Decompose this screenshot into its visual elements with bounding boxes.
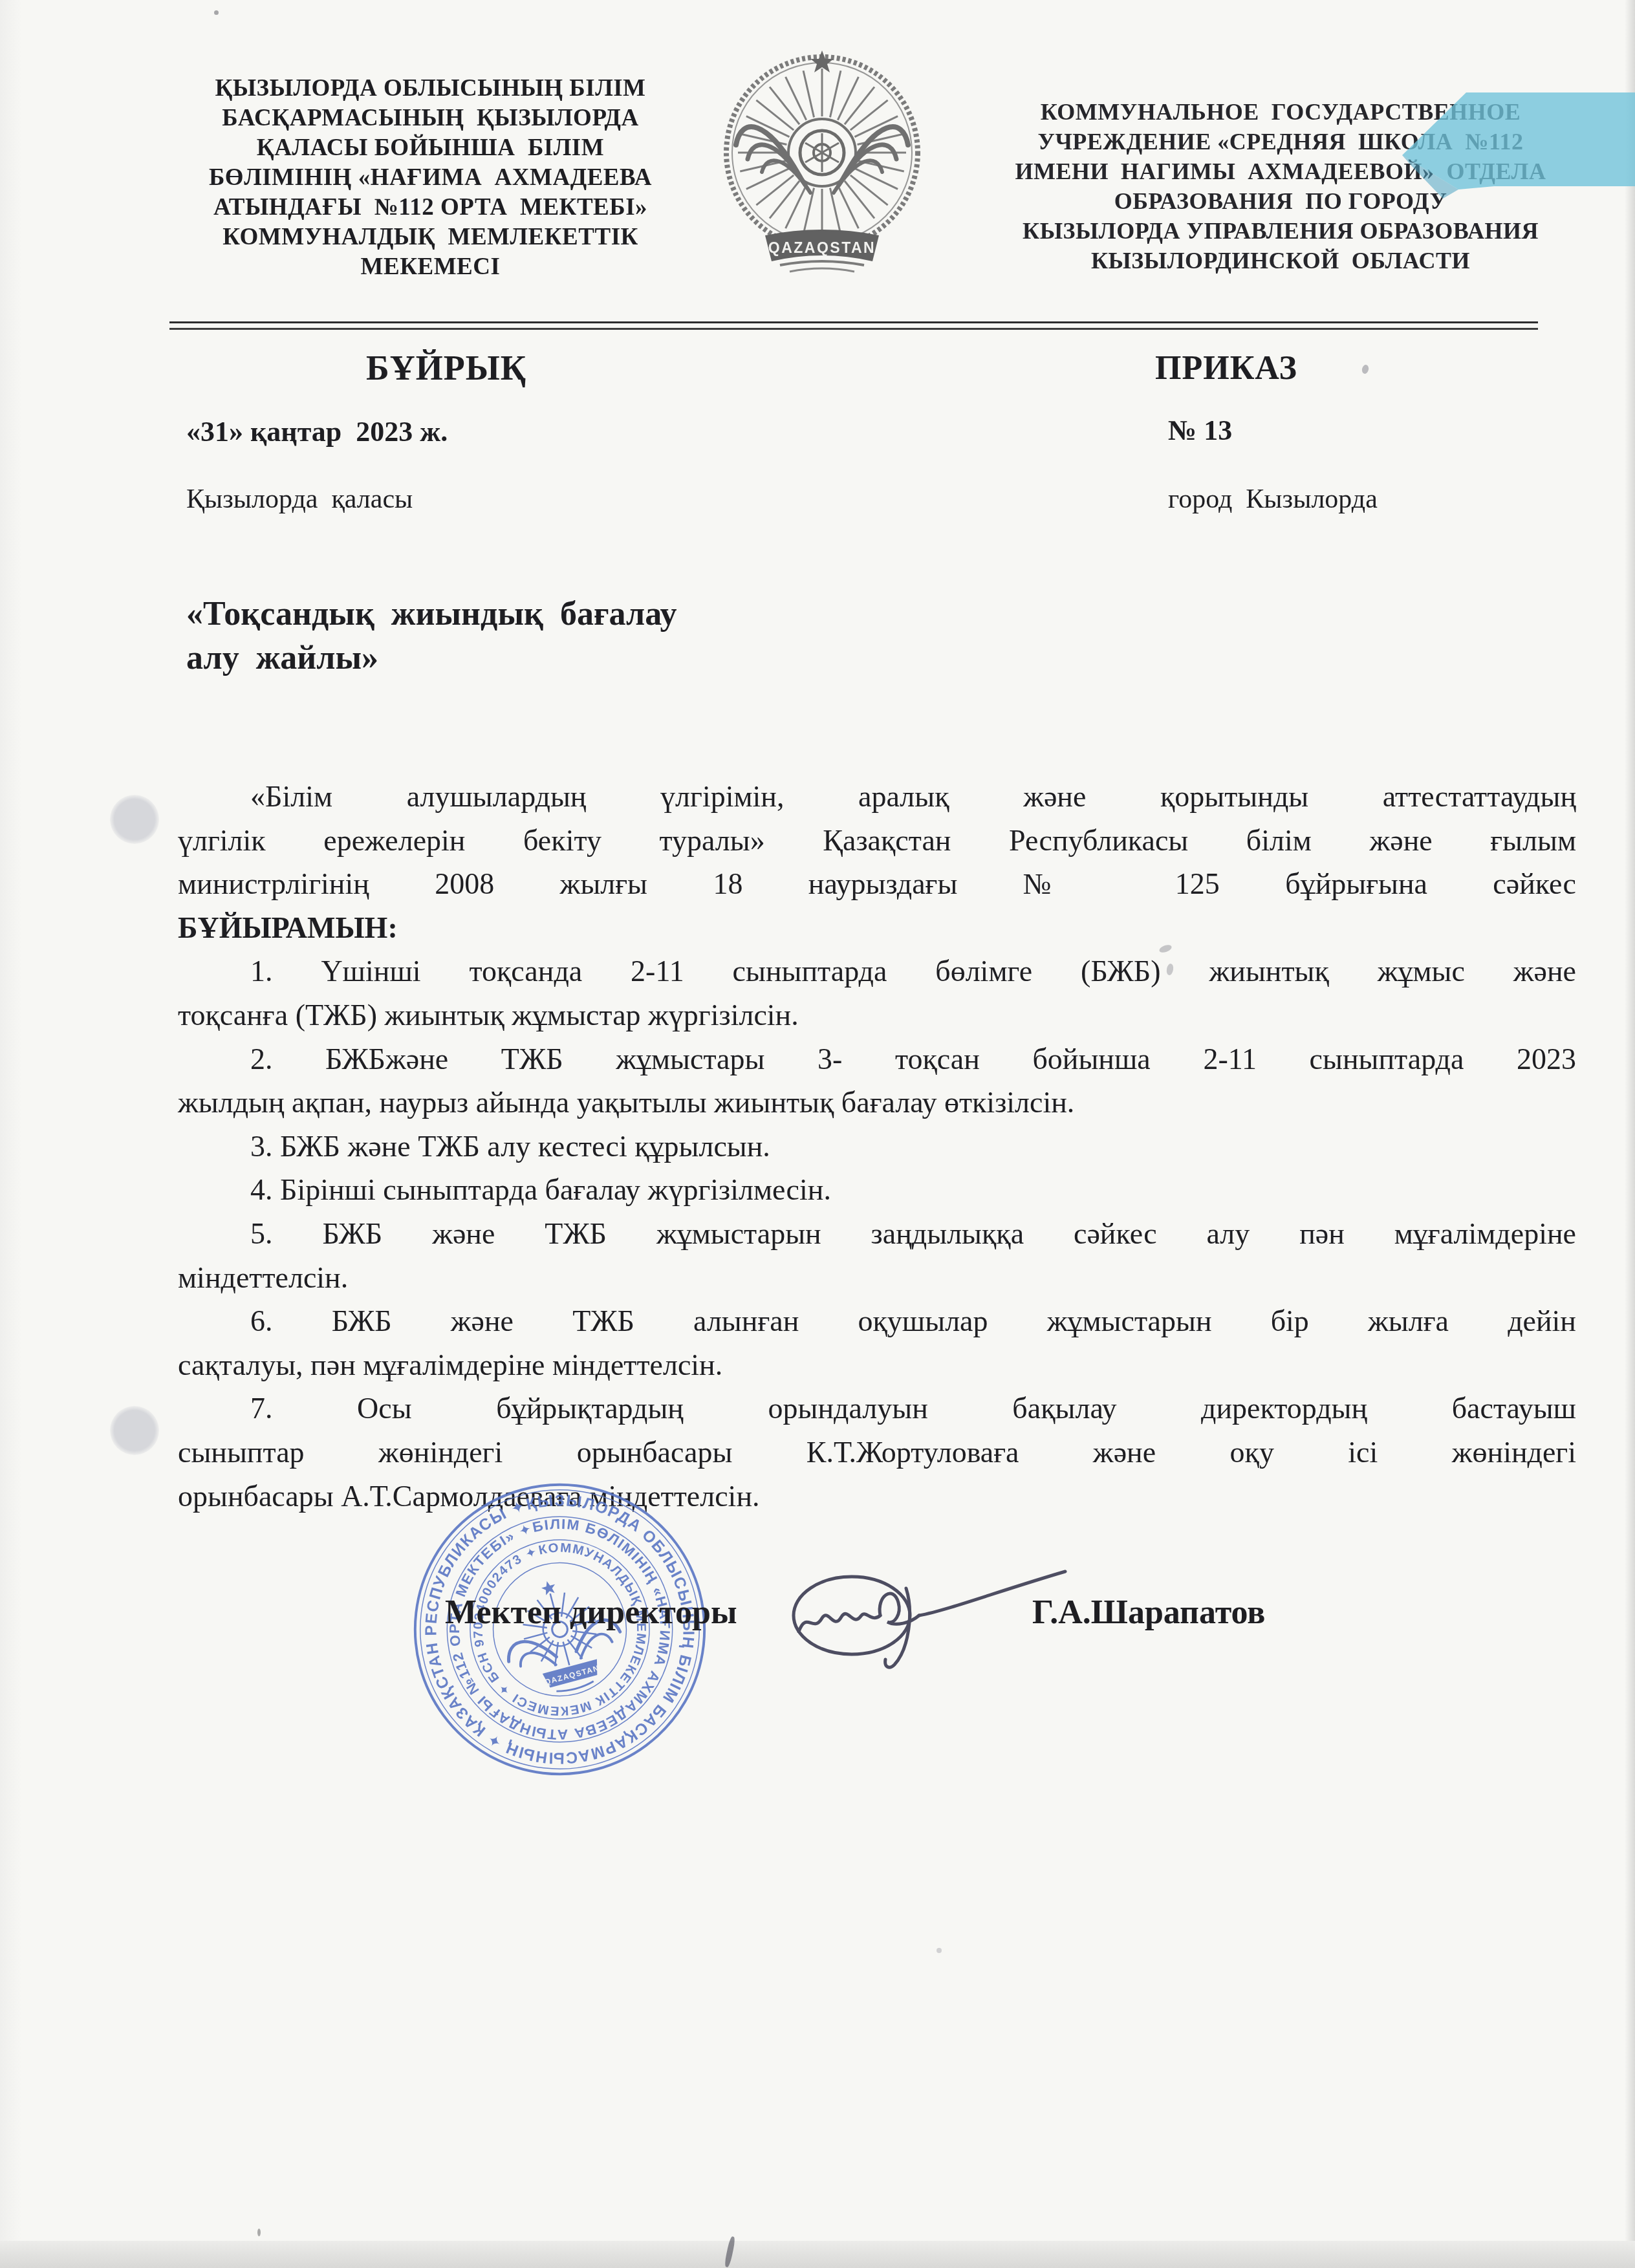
blue-sticky-flag — [1387, 81, 1635, 207]
stamp-center-emblem — [491, 1566, 631, 1703]
order-subject: «Тоқсандық жиындық бағалау алу жайлы» — [186, 592, 677, 680]
org-name-kk-line: АТЫНДАҒЫ №112 ОРТА МЕКТЕБІ» — [173, 193, 688, 222]
body-line: орынбасары А.Т.Сармолдаеваға міндеттелсі… — [178, 1474, 1576, 1518]
body-line: 2. БЖБжәне ТЖБ жұмыстары 3- тоқсан бойын… — [178, 1037, 1576, 1081]
punch-hole — [110, 1406, 159, 1455]
body-line: 7. Осы бұйрықтардың орындалуын бақылау д… — [178, 1387, 1576, 1431]
org-name-kk-line: БАСҚАРМАСЫНЫҢ ҚЫЗЫЛОРДА — [173, 103, 688, 133]
header-rule-top — [169, 321, 1538, 323]
body-line: 4. Бірінші сыныптарда бағалау жүргізілме… — [178, 1168, 1576, 1212]
body-line: 5. БЖБ және ТЖБ жұмыстарын заңдылыққа сә… — [178, 1212, 1576, 1256]
body-line: міндеттелсін. — [178, 1256, 1576, 1300]
org-name-kk-line: МЕКЕМЕСІ — [173, 252, 688, 282]
body-line: сыныптар жөніндегі орынбасары К.Т.Жортул… — [178, 1431, 1576, 1474]
org-name-kk-line: БӨЛІМІНІҢ «НАҒИМА АХМАДЕЕВА — [173, 163, 688, 193]
order-date: «31» қаңтар 2023 ж. — [186, 415, 448, 448]
scan-speck — [937, 1948, 942, 1953]
org-name-ru-line: КЫЗЫЛОРДИНСКОЙ ОБЛАСТИ — [949, 246, 1612, 275]
body-line: «Білім алушылардың үлгірімін, аралық жән… — [178, 775, 1576, 819]
body-line: 6. БЖБ және ТЖБ алынған оқушылар жұмыста… — [178, 1299, 1576, 1343]
org-name-kk-line: ҚАЛАСЫ БОЙЫНША БІЛІМ — [173, 133, 688, 163]
scanned-order-document: ҚЫЗЫЛОРДА ОБЛЫСЫНЫҢ БІЛІМ БАСҚАРМАСЫНЫҢ … — [0, 0, 1635, 2268]
body-line: министрлігінің 2008 жылғы 18 наурыздағы … — [178, 862, 1576, 906]
scan-bottom-edge — [0, 2241, 1635, 2268]
order-title-kk: БҰЙРЫҚ — [184, 348, 708, 388]
kazakhstan-coat-of-arms-icon: QAZAQSTAN — [722, 41, 922, 287]
signature-role: Мектеп директоры — [445, 1593, 737, 1632]
emblem-banner-label: QAZAQSTAN — [768, 239, 876, 256]
scan-right-edge — [1625, 0, 1635, 2268]
body-line: 3. БЖБ және ТЖБ алу кестесі құрылсын. — [178, 1125, 1576, 1169]
header-rule-bottom — [169, 328, 1538, 330]
order-subject-line: «Тоқсандық жиындық бағалау — [186, 592, 677, 636]
org-name-kk-line: КОММУНАЛДЫҚ МЕМЛЕКЕТТІК — [173, 222, 688, 252]
scan-left-edge — [0, 0, 22, 2268]
body-line: 1. Үшінші тоқсанда 2-11 сыныптарда бөлім… — [178, 949, 1576, 993]
org-name-ru-line: КЫЗЫЛОРДА УПРАВЛЕНИЯ ОБРАЗОВАНИЯ — [949, 216, 1612, 246]
scan-speck — [214, 10, 219, 15]
body-line: жылдың ақпан, наурыз айында уақытылы жиы… — [178, 1081, 1576, 1125]
org-name-kk: ҚЫЗЫЛОРДА ОБЛЫСЫНЫҢ БІЛІМ БАСҚАРМАСЫНЫҢ … — [173, 74, 688, 282]
signature-name: Г.А.Шарапатов — [1032, 1593, 1265, 1632]
order-place-kk: Қызылорда қаласы — [186, 484, 413, 515]
order-title-ru: ПРИКАЗ — [1155, 349, 1297, 387]
body-line: тоқсанға (ТЖБ) жиынтық жұмыстар жүргізіл… — [178, 993, 1576, 1037]
scan-speck — [1361, 364, 1369, 374]
org-name-kk-line: ҚЫЗЫЛОРДА ОБЛЫСЫНЫҢ БІЛІМ — [173, 74, 688, 103]
order-number: № 13 — [1168, 414, 1232, 447]
order-body: «Білім алушылардың үлгірімін, аралық жән… — [178, 775, 1576, 1518]
punch-hole — [110, 795, 159, 844]
order-place-ru: город Кызылорда — [1168, 484, 1378, 515]
order-word: БҰЙЫРАМЫН: — [178, 906, 1576, 950]
order-subject-line: алу жайлы» — [186, 636, 677, 680]
body-line: үлгілік ережелерін бекіту туралы» Қазақс… — [178, 819, 1576, 863]
scan-speck — [257, 2229, 261, 2236]
body-line: сақталуы, пән мұғалімдеріне міндеттелсін… — [178, 1343, 1576, 1387]
